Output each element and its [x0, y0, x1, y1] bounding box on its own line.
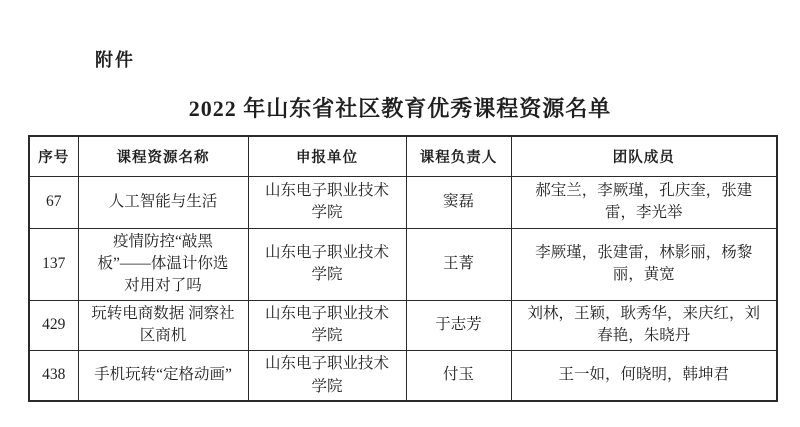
cell-applicant-unit: 山东电子职业技术学院 — [248, 350, 406, 401]
header-course-leader: 课程负责人 — [406, 136, 511, 176]
cell-team-members: 王一如，何晓明，韩坤君 — [511, 350, 777, 401]
cell-applicant-unit: 山东电子职业技术学院 — [248, 228, 406, 300]
table-row: 438 手机玩转“定格动画” 山东电子职业技术学院 付玉 王一如，何晓明，韩坤君 — [29, 350, 777, 401]
table-row: 67 人工智能与生活 山东电子职业技术学院 窦磊 郝宝兰，李厥瑾，孔庆奎，张建雷… — [29, 176, 777, 228]
header-applicant-unit: 申报单位 — [248, 136, 406, 176]
cell-serial-number: 137 — [29, 228, 78, 300]
cell-course-name: 人工智能与生活 — [78, 176, 248, 228]
cell-course-leader: 王菁 — [406, 228, 511, 300]
header-course-name: 课程资源名称 — [78, 136, 248, 176]
table-header-row: 序号 课程资源名称 申报单位 课程负责人 团队成员 — [29, 136, 777, 176]
cell-team-members: 刘林，王颖，耿秀华，来庆红，刘春艳，朱晓丹 — [511, 300, 777, 350]
cell-course-name: 玩转电商数据 洞察社区商机 — [78, 300, 248, 350]
cell-course-name: 疫情防控“敲黑板”——体温计你选对用对了吗 — [78, 228, 248, 300]
cell-team-members: 李厥瑾，张建雷，林影丽，杨黎丽，黄宽 — [511, 228, 777, 300]
document-page: 附件 2022 年山东省社区教育优秀课程资源名单 序号 课程资源名称 申报单位 … — [0, 0, 800, 427]
cell-applicant-unit: 山东电子职业技术学院 — [248, 176, 406, 228]
cell-course-leader: 于志芳 — [406, 300, 511, 350]
cell-serial-number: 67 — [29, 176, 78, 228]
cell-serial-number: 438 — [29, 350, 78, 401]
cell-team-members: 郝宝兰，李厥瑾，孔庆奎，张建雷，李光举 — [511, 176, 777, 228]
table-row: 429 玩转电商数据 洞察社区商机 山东电子职业技术学院 于志芳 刘林，王颖，耿… — [29, 300, 777, 350]
table-row: 137 疫情防控“敲黑板”——体温计你选对用对了吗 山东电子职业技术学院 王菁 … — [29, 228, 777, 300]
course-table: 序号 课程资源名称 申报单位 课程负责人 团队成员 67 人工智能与生活 山东电… — [28, 135, 778, 402]
cell-course-leader: 窦磊 — [406, 176, 511, 228]
cell-course-leader: 付玉 — [406, 350, 511, 401]
cell-applicant-unit: 山东电子职业技术学院 — [248, 300, 406, 350]
header-team-members: 团队成员 — [511, 136, 777, 176]
cell-course-name: 手机玩转“定格动画” — [78, 350, 248, 401]
cell-serial-number: 429 — [29, 300, 78, 350]
header-serial-number: 序号 — [29, 136, 78, 176]
attachment-label: 附件 — [95, 46, 135, 72]
page-title: 2022 年山东省社区教育优秀课程资源名单 — [0, 92, 800, 123]
